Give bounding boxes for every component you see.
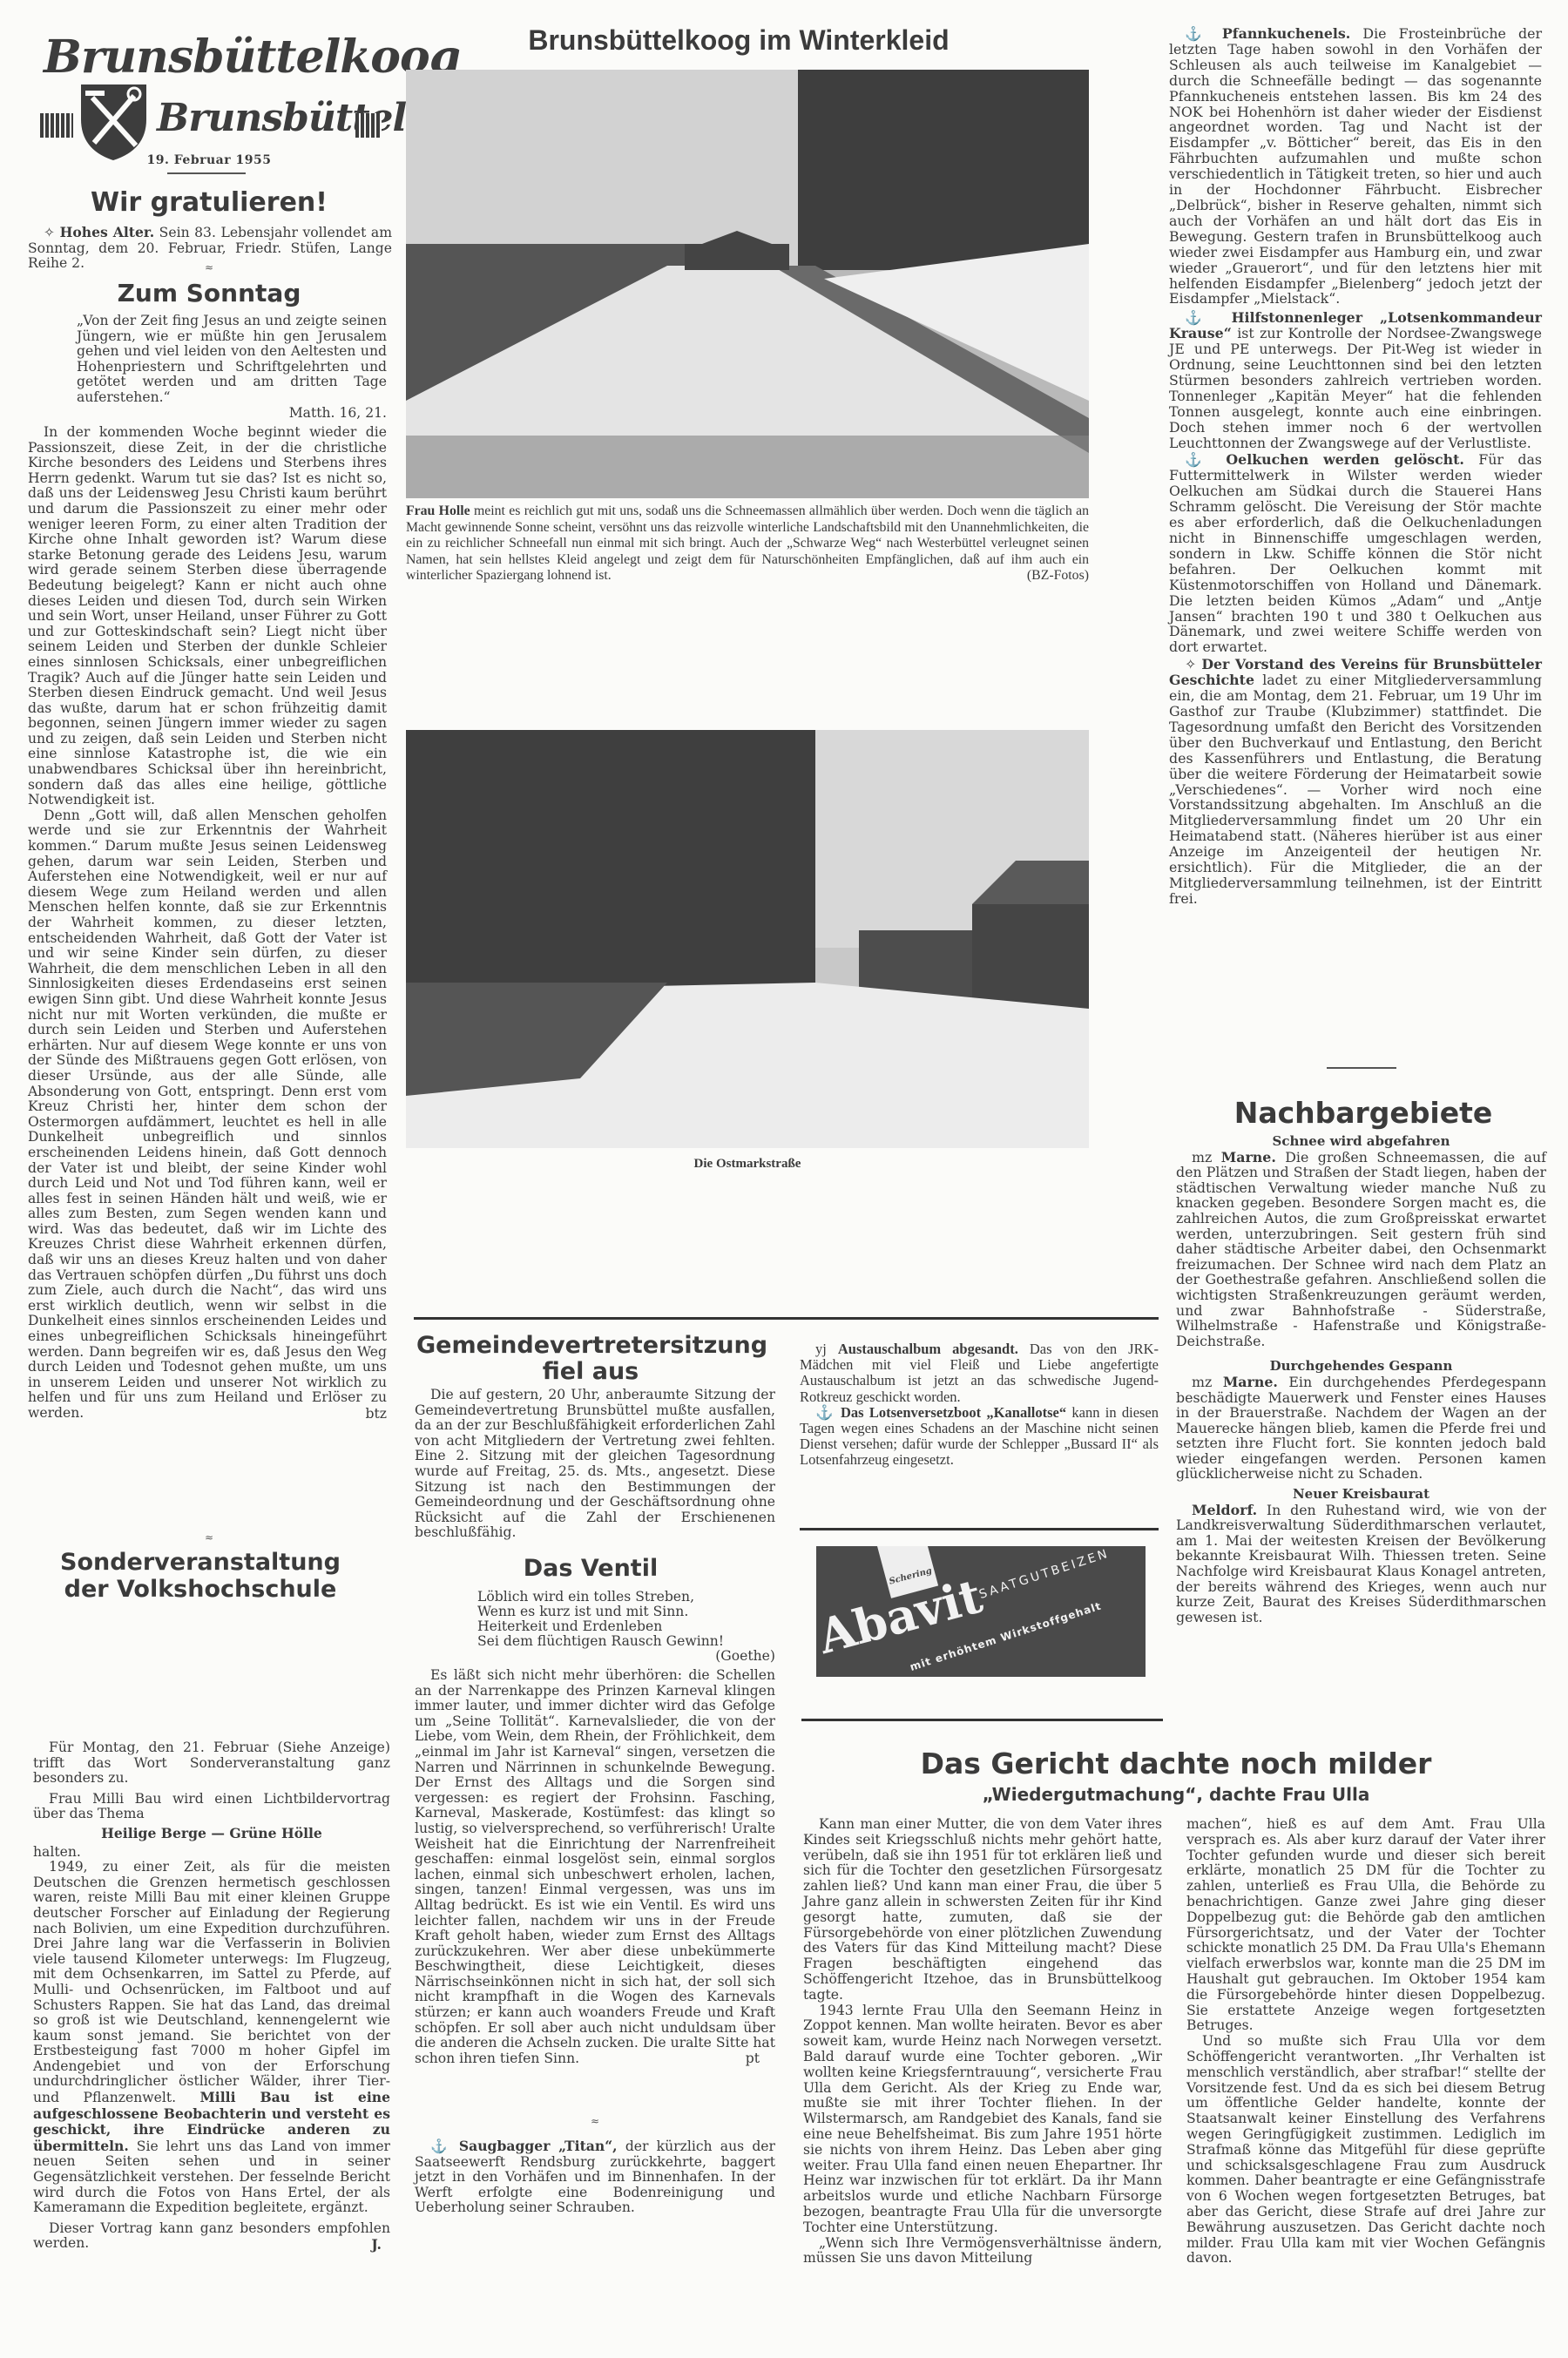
issue-date: 19. Februar 1955 (139, 153, 279, 167)
lotsenboot-lead: Das Lotsenversetzboot „Kanallotse“ (841, 1404, 1066, 1421)
star-icon: ✧ (44, 225, 55, 240)
photo-credit: (BZ-Fotos) (1027, 568, 1089, 584)
volkshochschule-article: Für Montag, den 21. Februar (Siehe Anzei… (33, 1740, 390, 2253)
horizontal-rule (414, 1317, 1159, 1320)
caption-text: meint es reichlich gut mit uns, sodaß un… (406, 503, 1089, 583)
ship-icon: ⚓ (1185, 25, 1210, 42)
section-divider: ≈ (582, 2115, 608, 2127)
author-initials: mz (1192, 1374, 1212, 1390)
photo-schwarzer-weg (406, 70, 1089, 498)
date-underline (167, 172, 246, 174)
austausch-lead: Austauschalbum abgesandt. (838, 1341, 1018, 1357)
gericht-subheading: „Wiedergutmachung“, dachte Frau Ulla (801, 1784, 1551, 1805)
advert-tagline: SAATGUTBEIZEN (977, 1546, 1112, 1602)
ship-icon: ⚓ (815, 1404, 835, 1421)
nachbar-text: In den Ruhestand wird, wie von der Landk… (1176, 1502, 1546, 1625)
winterkleid-caption: Frau Holle meint es reichlich gut mit un… (406, 503, 1089, 584)
bible-quote: „Von der Zeit fing Jesus an und zeigte s… (77, 314, 387, 406)
nachbar-text: Ein durchgehendes Pferdegespann beschädi… (1176, 1374, 1546, 1483)
section-divider: ≈ (196, 1531, 222, 1544)
sonntag-article: In der kommenden Woche beginnt wieder di… (28, 425, 387, 1422)
pfannkuchen-lead: Pfannkuchenels. (1222, 25, 1350, 42)
banner-right-ornament (355, 113, 382, 138)
gericht-heading: Das Gericht dachte noch milder (801, 1747, 1551, 1780)
ship-icon: ⚓ (1185, 309, 1214, 326)
vhs-lecture: Frau Milli Bau wird einen Lichtbildervor… (33, 1792, 390, 1822)
place-name: Marne. (1223, 1374, 1278, 1390)
vhs-body: 1949, zu einer Zeit, als für die meisten… (33, 1859, 390, 2105)
vhs-intro: Für Montag, den 21. Februar (Siehe Anzei… (33, 1740, 390, 1787)
ventil-heading: Das Ventil (416, 1555, 765, 1582)
gemeinde-heading: Gemeindevertretersitzung fiel aus (416, 1333, 765, 1385)
gericht-column-1: Kann man einer Mutter, die von dem Vater… (803, 1817, 1162, 2267)
austausch-article: yj Austauschalbum abgesandt. Das von den… (800, 1341, 1159, 1469)
caption-lead: Frau Holle (406, 503, 470, 518)
masthead: Brunsbüttelkoog Brunsbüttel (17, 26, 383, 174)
nachbar-text: Die großen Schneemassen, die auf den Plä… (1176, 1149, 1546, 1349)
sonntag-paragraph: Denn „Gott will, daß allen Menschen geho… (28, 808, 387, 1422)
sonntag-quote: „Von der Zeit fing Jesus an und zeigte s… (77, 314, 387, 421)
verse-line: Wenn es kurz ist und mit Sinn. (477, 1605, 775, 1619)
masthead-title-line1: Brunsbüttelkoog (44, 30, 460, 84)
verse-line: Löblich wird ein tolles Streben, (477, 1590, 775, 1605)
gratulation-lead: Hohes Alter. (60, 224, 155, 240)
ventil-verse: Löblich wird ein tolles Streben, Wenn es… (477, 1590, 775, 1664)
nachbar-subheading: Durchgehendes Gespann (1176, 1359, 1546, 1375)
ship-icon: ⚓ (1185, 451, 1212, 468)
hilfstonnen-text: ist zur Kontrolle der Nordsee-Zwangswege… (1169, 325, 1542, 450)
place-name: Marne. (1221, 1149, 1276, 1165)
section-divider: ≈ (196, 261, 222, 274)
gericht-paragraph: 1943 lernte Frau Ulla den Seemann Heinz … (803, 2003, 1162, 2236)
photo-caption-ostmarkstrasse: Die Ostmarkstraße (406, 1157, 1089, 1172)
horizontal-rule (801, 1719, 1163, 1721)
saugbagger-article: ⚓ Saugbagger „Titan“, der kürzlich aus d… (415, 2138, 775, 2216)
star-icon: ✧ (1185, 656, 1196, 672)
sonntag-paragraph: In der kommenden Woche beginnt wieder di… (28, 425, 387, 808)
verse-line: Heiterkeit und Erdenleben (477, 1619, 775, 1634)
gericht-paragraph: „Wenn sich Ihre Vermögensverhältnisse än… (803, 2236, 1162, 2267)
short-rule (1327, 1067, 1396, 1069)
bible-reference: Matth. 16, 21. (77, 406, 387, 422)
ship-icon: ⚓ (430, 2138, 451, 2154)
gemeinde-article: Die auf gestern, 20 Uhr, anberaumte Sitz… (415, 1388, 775, 1541)
coat-of-arms-icon (77, 80, 151, 163)
banner-left-ornament (40, 113, 73, 138)
verein-text: ladet zu einer Mitgliederversammlung ein… (1169, 672, 1542, 907)
oelkuchen-text: Für das Futtermittelwerk in Wilster werd… (1169, 451, 1542, 655)
place-name: Meldorf. (1192, 1502, 1257, 1518)
gericht-paragraph: machen“, hieß es auf dem Amt. Frau Ulla … (1186, 1817, 1545, 2034)
vhs-lecture-topic: Heilige Berge — Grüne Hölle (33, 1826, 390, 1841)
pfannkuchen-text: Die Frosteinbrüche der letzten Tage habe… (1169, 25, 1542, 307)
snowy-street-photo-icon (406, 730, 1089, 1148)
vhs-lecture-end: halten. (33, 1845, 390, 1861)
author-initials: mz (1192, 1149, 1212, 1165)
volkshochschule-heading: Sonderveranstaltung der Volkshochschule (52, 1549, 348, 1603)
local-news-column: ⚓ Pfannkuchenels. Die Frosteinbrüche der… (1169, 26, 1542, 907)
gericht-paragraph: Und so mußte sich Frau Ulla vor dem Schö… (1186, 2034, 1545, 2267)
author-initials: yj (815, 1341, 827, 1357)
nachbar-column: Schnee wird abgefahren mz Marne. Die gro… (1176, 1134, 1546, 1625)
sonntag-heading: Zum Sonntag (26, 279, 392, 307)
winterkleid-heading: Brunsbüttelkoog im Winterkleid (416, 24, 1061, 57)
gemeinde-text: Die auf gestern, 20 Uhr, anberaumte Sitz… (415, 1388, 775, 1541)
nachbar-subheading: Neuer Kreisbaurat (1176, 1487, 1546, 1503)
gericht-paragraph: Kann man einer Mutter, die von dem Vater… (803, 1817, 1162, 2003)
nachbar-subheading: Schnee wird abgefahren (1176, 1134, 1546, 1150)
gratulation-heading: Wir gratulieren! (26, 187, 392, 218)
advert-abavit: Schering Abavit SAATGUTBEIZEN mit erhöht… (816, 1546, 1146, 1677)
ventil-article: Es läßt sich nicht mehr überhören: die S… (415, 1668, 775, 2067)
horizontal-rule (800, 1528, 1159, 1530)
nachbar-heading: Nachbargebiete (1176, 1096, 1551, 1130)
saugbagger-lead: Saugbagger „Titan“, (459, 2138, 618, 2154)
verse-author: (Goethe) (477, 1649, 775, 1664)
winter-road-photo-icon (406, 70, 1089, 498)
ventil-text: Es läßt sich nicht mehr überhören: die S… (415, 1668, 775, 2066)
oelkuchen-lead: Oelkuchen werden gelöscht. (1226, 451, 1464, 468)
photo-ostmarkstrasse (406, 730, 1089, 1148)
gericht-column-2: machen“, hieß es auf dem Amt. Frau Ulla … (1186, 1817, 1545, 2267)
verse-line: Sei dem flüchtigen Rausch Gewinn! (477, 1634, 775, 1649)
